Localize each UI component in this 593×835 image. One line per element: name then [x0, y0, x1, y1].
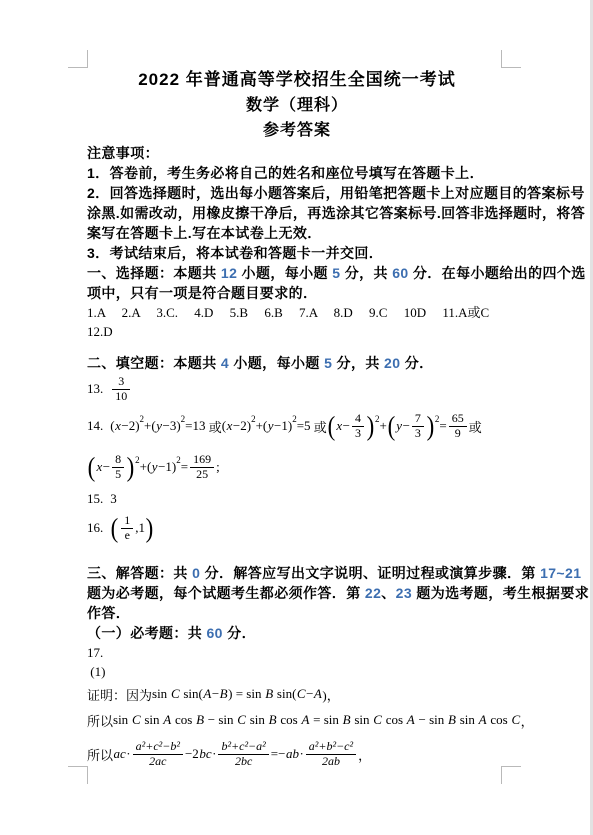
math-token: =5: [297, 418, 314, 434]
math-token: )，: [322, 685, 339, 704]
text-run: 小题，每小题: [237, 265, 332, 281]
fraction: a²+b²−c²2ab: [306, 740, 356, 769]
math-token: bc: [199, 746, 212, 762]
choice-answers-row2: 12.D: [87, 322, 507, 341]
big-paren: (: [387, 413, 395, 440]
math-token: −: [212, 686, 219, 702]
text-run: 注意事项：: [87, 145, 159, 161]
math-token: −2): [121, 418, 139, 434]
text-run: 、: [381, 585, 395, 601]
math-token: B: [265, 686, 274, 702]
math-token: A: [163, 712, 172, 728]
question-17-label: 17.: [87, 643, 507, 662]
math-token: − sin: [205, 712, 237, 728]
answer-14-line1: 14.(x−2)2+(y−3)2=13 或(x−2)2+(y−1)2=5 或(x…: [87, 405, 507, 447]
math-token: A: [203, 686, 212, 702]
math-token: −1): [158, 459, 176, 475]
section3-heading-line3: 作答．: [87, 603, 507, 623]
highlighted-number: 12: [221, 265, 237, 281]
text-run: 分．: [223, 625, 256, 641]
highlighted-number: 17~21: [540, 565, 581, 581]
proof-line3: 所以ac·a²+c²−b²2ac−2bc·b²+c²−a²2bc=−ab·a²+…: [87, 733, 507, 775]
answer-16: 16.(1e,1): [87, 511, 507, 545]
math-token: ·: [299, 746, 303, 762]
fraction: 85: [112, 453, 124, 482]
math-token: cos: [487, 712, 511, 728]
math-token: A: [301, 712, 310, 728]
math-token: x: [96, 459, 103, 475]
math-token: y: [151, 459, 158, 475]
text-run: 题为选考题，考生根据要求: [412, 585, 589, 601]
section1-heading-line1: 一、选择题：本题共 12 小题，每小题 5 分，共 60 分．在每小题给出的四个…: [87, 263, 507, 283]
text-run: （一）必考题：共: [87, 625, 207, 641]
highlighted-number: 4: [221, 355, 229, 371]
required-subsection-heading: （一）必考题：共 60 分．: [87, 623, 507, 643]
text-run: 分，共: [332, 355, 384, 371]
math-token: 2: [135, 455, 140, 465]
notice-item-2-line1: 2．回答选择题时，选出每小题答案后，用铅笔把答题卡上对应题目的答案标号: [87, 183, 507, 203]
text-run: 分．解答应写出文字说明、证明过程或演算步骤．第: [200, 565, 540, 581]
math-token: x: [115, 418, 122, 434]
math-token: 所以: [87, 711, 113, 730]
math-token: B: [196, 712, 205, 728]
math-token: A: [406, 712, 415, 728]
fraction: 73: [412, 412, 424, 441]
big-paren: ): [367, 413, 375, 440]
math-token: C: [131, 712, 141, 728]
text-run: 分．: [400, 355, 433, 371]
math-token: 2: [181, 414, 186, 424]
math-token: −2): [233, 418, 251, 434]
math-token: cos: [382, 712, 406, 728]
fraction: b²+c²−a²2bc: [218, 740, 268, 769]
math-token: 或: [209, 417, 222, 436]
math-token: +(: [140, 459, 152, 475]
math-token: 证明：因为: [87, 685, 152, 704]
notice-item-2-line2: 涂黑.如需改动，用橡皮擦干净后，再选涂其它答案标号.回答非选择题时，将答: [87, 203, 507, 223]
item-number: 15.: [87, 491, 103, 507]
spacer: [87, 341, 507, 353]
math-token: sin: [456, 712, 478, 728]
text-run: 小题，每小题: [229, 355, 324, 371]
math-token: − sin: [415, 712, 447, 728]
text-run: 涂黑.如需改动，用橡皮擦干净后，再选涂其它答案标号.回答非选择题时，将答: [87, 205, 585, 221]
math-token: B: [342, 712, 351, 728]
math-token: ) = sin: [228, 686, 265, 702]
highlighted-number: 60: [392, 265, 408, 281]
text-run: 项中，只有一项是符合题目要求的．: [87, 285, 317, 301]
fraction: 1e: [121, 514, 133, 543]
math-token: C: [237, 712, 247, 728]
answer-13: 13.310: [87, 373, 507, 405]
math-token: −3): [163, 418, 181, 434]
margin-crop-mark-top-right: [501, 50, 521, 68]
math-token: 3: [110, 491, 117, 507]
math-token: C: [511, 712, 521, 728]
highlighted-number: 22: [365, 585, 381, 601]
math-token: C: [296, 686, 306, 702]
math-token: y: [396, 418, 403, 434]
math-token: =: [439, 418, 446, 434]
math-token: x: [336, 418, 343, 434]
math-token: A: [313, 686, 322, 702]
math-token: ab: [285, 746, 299, 762]
answers-title: 参考答案: [87, 118, 507, 143]
math-token: ，: [358, 745, 371, 764]
math-token: ·: [126, 746, 130, 762]
answer-15: 15.3: [87, 487, 507, 511]
math-token: =13: [185, 418, 209, 434]
math-token: ,1: [135, 520, 145, 536]
math-token: y: [267, 418, 274, 434]
text-run: 1．答卷前，考生务必将自己的姓名和座位号填写在答题卡上．: [87, 165, 484, 181]
math-token: B: [219, 686, 228, 702]
choice-answers-row1: 1.A 2.A 3.C. 4.D 5.B 6.B 7.A 8.D 9.C 10D…: [87, 303, 507, 322]
text-run: 三、解答题：共: [87, 565, 192, 581]
item-number: 13.: [87, 381, 103, 397]
section3-heading-line1: 三、解答题：共 0 分．解答应写出文字说明、证明过程或演算步骤．第 17~21: [87, 563, 507, 583]
math-token: A: [478, 712, 487, 728]
math-token: =: [181, 459, 188, 475]
math-token: ，: [521, 711, 534, 730]
math-token: −: [103, 459, 110, 475]
notice-heading: 注意事项：: [87, 143, 507, 163]
math-token: sin: [152, 686, 170, 702]
math-token: sin: [246, 712, 268, 728]
fraction: 310: [112, 375, 130, 404]
math-token: sin(: [274, 686, 297, 702]
proof-line2: 所以sin C sin A cos B − sin C sin B cos A …: [87, 707, 507, 733]
notice-item-1: 1．答卷前，考生务必将自己的姓名和座位号填写在答题卡上．: [87, 163, 507, 183]
fraction: 16925: [190, 453, 214, 482]
notice-item-2-line3: 案写在答题卡上.写在本试卷上无效．: [87, 223, 507, 243]
math-token: sin(: [180, 686, 203, 702]
math-token: −: [403, 418, 410, 434]
math-token: 2: [435, 414, 440, 424]
math-token: C: [373, 712, 383, 728]
math-token: C: [170, 686, 180, 702]
margin-crop-mark-bottom-left: [68, 766, 88, 784]
big-paren: ): [146, 515, 154, 542]
math-token: cos: [172, 712, 196, 728]
math-token: 或: [314, 417, 327, 436]
math-token: x: [226, 418, 233, 434]
math-token: −: [343, 418, 350, 434]
big-paren: ): [427, 413, 435, 440]
big-paren: (: [327, 413, 335, 440]
section2-heading: 二、填空题：本题共 4 小题，每小题 5 分，共 20 分．: [87, 353, 507, 373]
margin-crop-mark-top-left: [68, 50, 88, 68]
big-paren: ): [127, 454, 135, 481]
document-page: 2022 年普通高等学校招生全国统一考试数学（理科）参考答案注意事项：1．答卷前…: [0, 0, 593, 835]
math-token: 或: [469, 417, 482, 436]
highlighted-number: 23: [396, 585, 412, 601]
fraction: 43: [352, 412, 364, 441]
document-content: 2022 年普通高等学校招生全国统一考试数学（理科）参考答案注意事项：1．答卷前…: [87, 67, 507, 775]
fraction: a²+c²−b²2ac: [133, 740, 183, 769]
text-run: 作答．: [87, 605, 130, 621]
section3-heading-line2: 题为必考题，每个试题考生都必须作答．第 22、23 题为选考题，考生根据要求: [87, 583, 507, 603]
proof-line1: 证明：因为sin C sin(A−B) = sin B sin(C−A)，: [87, 681, 507, 707]
math-token: 2: [375, 414, 380, 424]
math-token: −1): [274, 418, 292, 434]
math-token: =−: [271, 746, 286, 762]
highlighted-number: 60: [207, 625, 223, 641]
math-token: 2: [292, 414, 297, 424]
math-token: −: [306, 686, 313, 702]
math-token: ·: [212, 746, 216, 762]
math-token: 2: [251, 414, 256, 424]
question-17-part1-label: (1): [87, 662, 507, 681]
big-paren: (: [88, 454, 96, 481]
big-paren: (: [111, 515, 119, 542]
math-token: sin: [113, 712, 131, 728]
document-viewer: 2022 年普通高等学校招生全国统一考试数学（理科）参考答案注意事项：1．答卷前…: [0, 0, 593, 835]
item-number: 14.: [87, 418, 103, 434]
text-run: 二、填空题：本题共: [87, 355, 221, 371]
math-token: +(: [256, 418, 268, 434]
math-token: B: [448, 712, 457, 728]
subject-title: 数学（理科）: [87, 93, 507, 118]
section1-heading-line2: 项中，只有一项是符合题目要求的．: [87, 283, 507, 303]
text-run: 题为必考题，每个试题考生都必须作答．第: [87, 585, 365, 601]
math-token: ;: [216, 459, 220, 475]
math-token: 2: [176, 455, 181, 465]
fraction: 659: [449, 412, 467, 441]
exam-title: 2022 年普通高等学校招生全国统一考试: [87, 67, 507, 93]
text-run: 案写在答题卡上.写在本试卷上无效．: [87, 225, 322, 241]
text-run: 一、选择题：本题共: [87, 265, 221, 281]
spacer: [87, 545, 507, 563]
answer-14-line2: (x−85)2+(y−1)2=16925;: [87, 447, 507, 487]
math-token: B: [268, 712, 277, 728]
item-number: 16.: [87, 520, 103, 536]
math-token: = sin: [310, 712, 342, 728]
text-run: 分，共: [340, 265, 392, 281]
math-token: cos: [277, 712, 301, 728]
highlighted-number: 20: [384, 355, 400, 371]
math-token: +(: [144, 418, 156, 434]
text-run: 2．回答选择题时，选出每小题答案后，用铅笔把答题卡上对应题目的答案标号: [87, 185, 585, 201]
math-token: +: [379, 418, 386, 434]
math-token: 2: [140, 414, 145, 424]
notice-item-3: 3．考试结束后，将本试卷和答题卡一并交回．: [87, 243, 507, 263]
text-run: 分．在每小题给出的四个选: [409, 265, 586, 281]
math-token: −2: [185, 746, 199, 762]
math-token: y: [156, 418, 163, 434]
math-token: ac: [113, 746, 126, 762]
math-token: sin: [351, 712, 373, 728]
math-token: sin: [141, 712, 163, 728]
text-run: 3．考试结束后，将本试卷和答题卡一并交回．: [87, 245, 383, 261]
math-token: 所以: [87, 745, 113, 764]
